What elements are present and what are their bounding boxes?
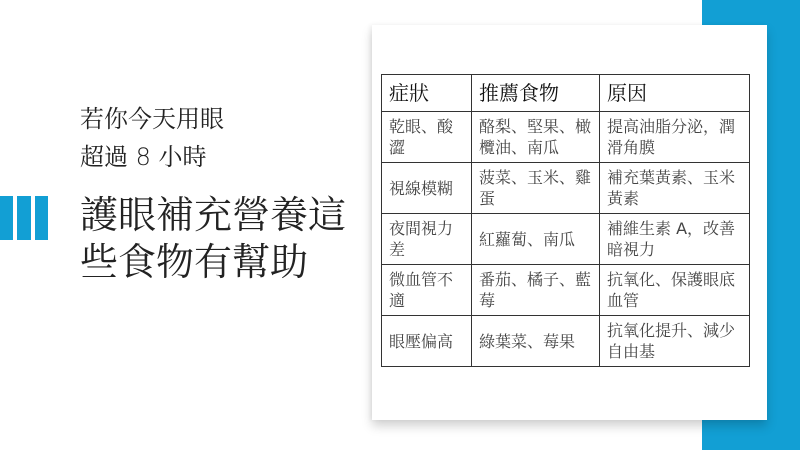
header-food: 推薦食物	[472, 75, 600, 112]
cell-reason: 補維生素 A，改善暗視力	[600, 214, 750, 265]
table-header-row: 症狀 推薦食物 原因	[382, 75, 750, 112]
cell-symptom: 眼壓偏高	[382, 316, 472, 367]
cell-reason: 提高油脂分泌，潤滑角膜	[600, 112, 750, 163]
cell-reason: 抗氧化提升、減少自由基	[600, 316, 750, 367]
cell-food: 紅蘿蔔、南瓜	[472, 214, 600, 265]
table-row: 眼壓偏高 綠葉菜、莓果 抗氧化提升、減少自由基	[382, 316, 750, 367]
cell-symptom: 微血管不適	[382, 265, 472, 316]
stripe	[17, 196, 31, 240]
table-row: 微血管不適 番茄、橘子、藍莓 抗氧化、保護眼底血管	[382, 265, 750, 316]
cell-reason: 補充葉黃素、玉米黃素	[600, 163, 750, 214]
cell-food: 酪梨、堅果、橄欖油、南瓜	[472, 112, 600, 163]
table-row: 夜間視力差 紅蘿蔔、南瓜 補維生素 A，改善暗視力	[382, 214, 750, 265]
cell-food: 菠菜、玉米、雞蛋	[472, 163, 600, 214]
table-row: 視線模糊 菠菜、玉米、雞蛋 補充葉黃素、玉米黃素	[382, 163, 750, 214]
subtitle-line1: 若你今天用眼	[80, 100, 224, 138]
cell-symptom: 夜間視力差	[382, 214, 472, 265]
cell-food: 番茄、橘子、藍莓	[472, 265, 600, 316]
slide-title: 護眼補充營養這些食物有幫助	[80, 192, 350, 286]
nutrition-table: 症狀 推薦食物 原因 乾眼、酸澀 酪梨、堅果、橄欖油、南瓜 提高油脂分泌，潤滑角…	[381, 74, 750, 367]
header-symptom: 症狀	[382, 75, 472, 112]
cell-symptom: 視線模糊	[382, 163, 472, 214]
subtitle-line2: 超過 8 小時	[80, 138, 224, 176]
stripe	[0, 196, 13, 240]
table-row: 乾眼、酸澀 酪梨、堅果、橄欖油、南瓜 提高油脂分泌，潤滑角膜	[382, 112, 750, 163]
header-reason: 原因	[600, 75, 750, 112]
stripe	[35, 196, 48, 240]
cell-symptom: 乾眼、酸澀	[382, 112, 472, 163]
subtitle: 若你今天用眼 超過 8 小時	[80, 100, 224, 176]
cell-reason: 抗氧化、保護眼底血管	[600, 265, 750, 316]
cell-food: 綠葉菜、莓果	[472, 316, 600, 367]
